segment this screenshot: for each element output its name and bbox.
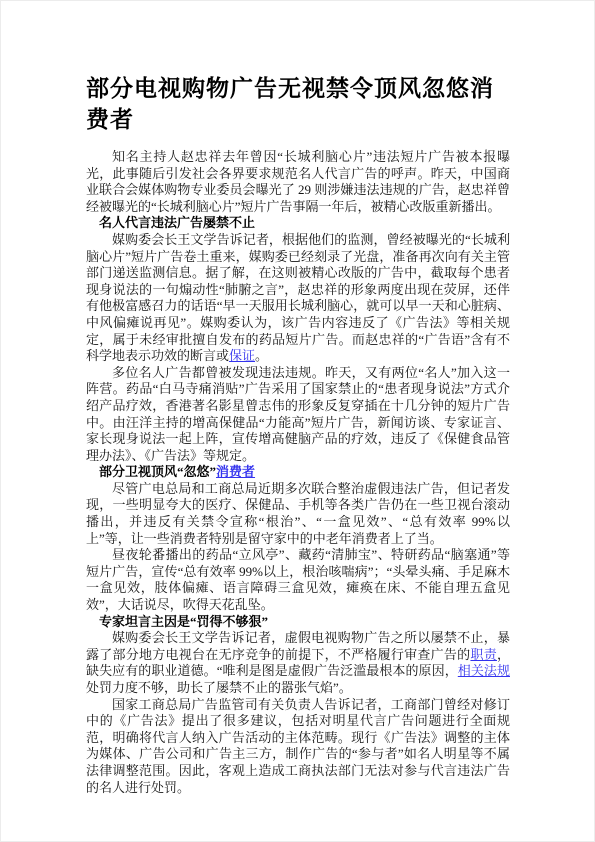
- section-heading: 部分卫视顶风“忽悠”消费者: [86, 464, 510, 481]
- inline-link[interactable]: 相关法规: [458, 663, 510, 678]
- paragraph: 媒购委会长王文学告诉记者，根据他们的监测，曾经被曝光的“长城利脑心片”短片广告卷…: [86, 232, 510, 365]
- text-run: 专家坦言主因是“罚得不够狠”: [99, 614, 268, 629]
- article-body: 知名主持人赵忠祥去年曾因“长城利脑心片”违法短片广告被本报曝光，此事随后引发社会…: [86, 149, 510, 796]
- text-run: 多位名人广告都曾被发现违法违规。昨天，又有两位“名人”加入这一阵营。药品“白马寺…: [86, 365, 510, 463]
- text-run: 名人代言违法广告屡禁不止: [99, 215, 255, 230]
- paragraph: 知名主持人赵忠祥去年曾因“长城利脑心片”违法短片广告被本报曝光，此事随后引发社会…: [86, 149, 510, 215]
- document-page: 部分电视购物广告无视禁令顶风忽悠消费者 知名主持人赵忠祥去年曾因“长城利脑心片”…: [0, 0, 595, 842]
- inline-link[interactable]: 消费者: [216, 464, 255, 479]
- text-run: 昼夜轮番播出的药品“立风亭”、藏药“清肺宝”、特研药品“脑塞通”等短片广告，宣传…: [86, 547, 510, 612]
- section-heading: 专家坦言主因是“罚得不够狠”: [86, 614, 510, 631]
- text-run: 。: [255, 348, 268, 363]
- text-run: 处罚力度不够，助长了屡禁不止的嚣张气焰”。: [86, 680, 352, 695]
- paragraph: 媒购委会长王文学告诉记者，虚假电视购物广告之所以屡禁不止，暴露了部分地方电视台在…: [86, 630, 510, 696]
- text-run: 国家工商总局广告监管司有关负责人告诉记者，工商部门曾经对修订中的《广告法》提出了…: [86, 697, 510, 795]
- article-title: 部分电视购物广告无视禁令顶风忽悠消费者: [86, 73, 510, 135]
- section-heading: 名人代言违法广告屡禁不止: [86, 215, 510, 232]
- paragraph: 昼夜轮番播出的药品“立风亭”、藏药“清肺宝”、特研药品“脑塞通”等短片广告，宣传…: [86, 547, 510, 613]
- text-run: 媒购委会长王文学告诉记者，根据他们的监测，曾经被曝光的“长城利脑心片”短片广告卷…: [86, 232, 510, 363]
- paragraph: 多位名人广告都曾被发现违法违规。昨天，又有两位“名人”加入这一阵营。药品“白马寺…: [86, 365, 510, 465]
- paragraph: 尽管广电总局和工商总局近期多次联合整治虚假违法广告，但记者发现，一些明显夸大的医…: [86, 481, 510, 547]
- text-run: 部分卫视顶风“忽悠”: [99, 464, 216, 479]
- text-run: 尽管广电总局和工商总局近期多次联合整治虚假违法广告，但记者发现，一些明显夸大的医…: [86, 481, 510, 546]
- text-run: 知名主持人赵忠祥去年曾因“长城利脑心片”违法短片广告被本报曝光，此事随后引发社会…: [86, 149, 510, 214]
- inline-link[interactable]: 职责: [470, 647, 497, 662]
- inline-link[interactable]: 保证: [229, 348, 255, 363]
- text-run: 媒购委会长王文学告诉记者，虚假电视购物广告之所以屡禁不止，暴露了部分地方电视台在…: [86, 630, 510, 662]
- paragraph: 国家工商总局广告监管司有关负责人告诉记者，工商部门曾经对修订中的《广告法》提出了…: [86, 697, 510, 797]
